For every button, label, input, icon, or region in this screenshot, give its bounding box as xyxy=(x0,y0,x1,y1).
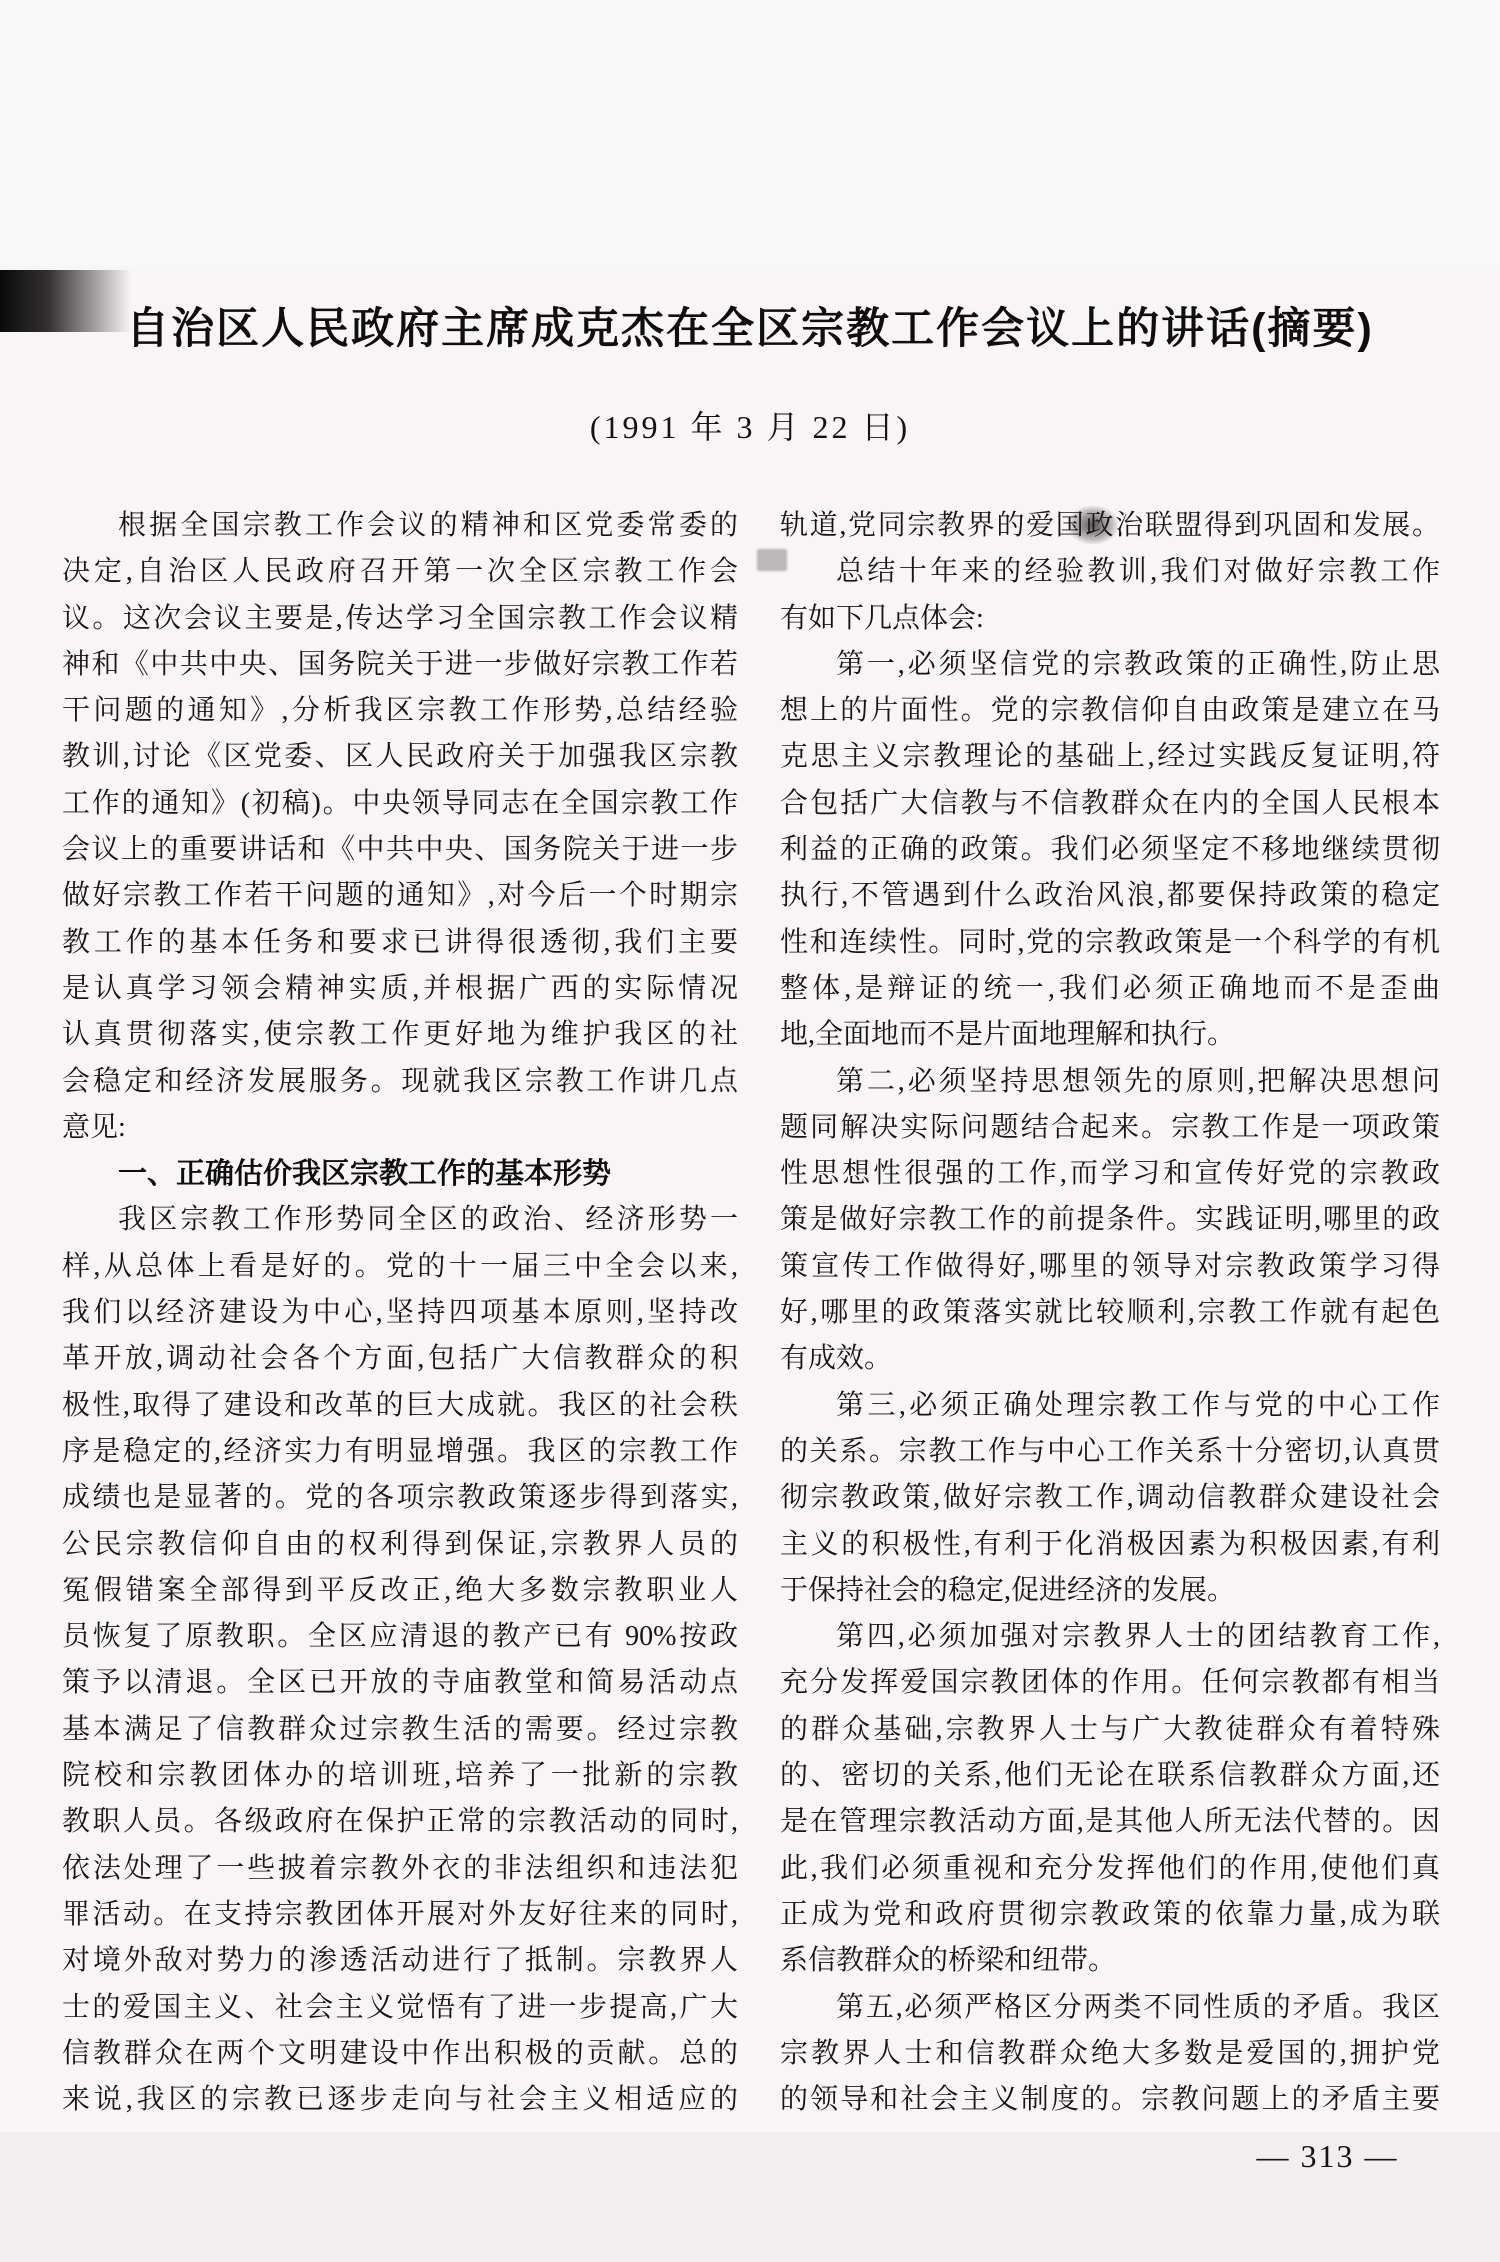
text-line: 士的爱国主义、社会主义觉悟有了进一步提高,广大 xyxy=(62,1985,738,2031)
text-line: 根据全国宗教工作会议的精神和区党委常委的 xyxy=(62,503,738,549)
text-line: 是在管理宗教活动方面,是其他人所无法代替的。因 xyxy=(780,1799,1440,1845)
text-line: 样,从总体上看是好的。党的十一届三中全会以来, xyxy=(62,1244,738,1290)
text-line: 策宣传工作做得好,哪里的领导对宗教政策学习得 xyxy=(780,1244,1440,1290)
text-line: 合包括广大信教与不信教群众在内的全国人民根本 xyxy=(780,781,1440,827)
text-line: 想上的片面性。党的宗教信仰自由政策是建立在马 xyxy=(780,688,1440,734)
right-text-column: 轨道,党同宗教界的爱国政治联盟得到巩固和发展。总结十年来的经验教训,我们对做好宗… xyxy=(780,503,1440,2123)
text-line: 正成为党和政府贯彻宗教政策的依靠力量,成为联 xyxy=(780,1892,1440,1938)
text-line: 第三,必须正确处理宗教工作与党的中心工作 xyxy=(780,1383,1440,1429)
document-date: (1991 年 3 月 22 日) xyxy=(0,402,1500,448)
text-line: 序是稳定的,经济实力有明显增强。我区的宗教工作 xyxy=(62,1429,738,1475)
text-line: 此,我们必须重视和充分发挥他们的作用,使他们真 xyxy=(780,1846,1440,1892)
text-line: 冤假错案全部得到平反改正,绝大多数宗教职业人 xyxy=(62,1568,738,1614)
text-line: 第五,必须严格区分两类不同性质的矛盾。我区 xyxy=(780,1985,1440,2031)
text-line: 策是做好宗教工作的前提条件。实践证明,哪里的政 xyxy=(780,1197,1440,1243)
text-line: 的领导和社会主义制度的。宗教问题上的矛盾主要 xyxy=(780,2077,1440,2123)
text-line: 主义的积极性,有利于化消极因素为积极因素,有利 xyxy=(780,1522,1440,1568)
text-line: 利益的正确的政策。我们必须坚定不移地继续贯彻 xyxy=(780,827,1440,873)
text-line: 员恢复了原教职。全区应清退的教产已有 90%按政 xyxy=(62,1614,738,1660)
document-title: 自治区人民政府主席成克杰在全区宗教工作会议上的讲话(摘要) xyxy=(60,301,1440,357)
text-line: 有成效。 xyxy=(780,1336,1440,1382)
text-line: 宗教界人士和信教群众绝大多数是爱国的,拥护党 xyxy=(780,2031,1440,2077)
text-line: 院校和宗教团体办的培训班,培养了一批新的宗教 xyxy=(62,1753,738,1799)
text-line: 策予以清退。全区已开放的寺庙教堂和简易活动点 xyxy=(62,1660,738,1706)
text-line: 克思主义宗教理论的基础上,经过实践反复证明,符 xyxy=(780,734,1440,780)
scan-smudge-artifact xyxy=(757,549,787,571)
text-line: 工作的通知》(初稿)。中央领导同志在全国宗教工作 xyxy=(62,781,738,827)
text-line: 神和《中共中央、国务院关于进一步做好宗教工作若 xyxy=(62,642,738,688)
text-line: 的群众基础,宗教界人士与广大教徒群众有着特殊 xyxy=(780,1707,1440,1753)
text-line: 彻宗教政策,做好宗教工作,调动信教群众建设社会 xyxy=(780,1475,1440,1521)
text-line: 的、密切的关系,他们无论在联系信教群众方面,还 xyxy=(780,1753,1440,1799)
text-line: 执行,不管遇到什么政治风浪,都要保持政策的稳定 xyxy=(780,873,1440,919)
text-line: 罪活动。在支持宗教团体开展对外友好往来的同时, xyxy=(62,1892,738,1938)
text-line: 第四,必须加强对宗教界人士的团结教育工作, xyxy=(780,1614,1440,1660)
text-line: 公民宗教信仰自由的权利得到保证,宗教界人员的 xyxy=(62,1522,738,1568)
left-text-column: 根据全国宗教工作会议的精神和区党委常委的决定,自治区人民政府召开第一次全区宗教工… xyxy=(62,503,738,2123)
text-line: 依法处理了一些披着宗教外衣的非法组织和违法犯 xyxy=(62,1846,738,1892)
text-line: 决定,自治区人民政府召开第一次全区宗教工作会 xyxy=(62,549,738,595)
text-line: 会议上的重要讲话和《中共中央、国务院关于进一步 xyxy=(62,827,738,873)
section-heading: 一、正确估价我区宗教工作的基本形势 xyxy=(62,1151,738,1197)
text-line: 地,全面地而不是片面地理解和执行。 xyxy=(780,1012,1440,1058)
page-number: — 313 — xyxy=(1240,2138,1415,2175)
text-line: 充分发挥爱国宗教团体的作用。任何宗教都有相当 xyxy=(780,1660,1440,1706)
text-line: 好,哪里的政策落实就比较顺利,宗教工作就有起色 xyxy=(780,1290,1440,1336)
text-line: 教职人员。各级政府在保护正常的宗教活动的同时, xyxy=(62,1799,738,1845)
text-line: 的关系。宗教工作与中心工作关系十分密切,认真贯 xyxy=(780,1429,1440,1475)
scanned-document-page: 自治区人民政府主席成克杰在全区宗教工作会议上的讲话(摘要) (1991 年 3 … xyxy=(0,0,1500,2262)
text-line: 系信教群众的桥梁和纽带。 xyxy=(780,1938,1440,1984)
text-line: 来说,我区的宗教已逐步走向与社会主义相适应的 xyxy=(62,2077,738,2123)
text-line: 基本满足了信教群众过宗教生活的需要。经过宗教 xyxy=(62,1707,738,1753)
text-line: 信教群众在两个文明建设中作出积极的贡献。总的 xyxy=(62,2031,738,2077)
text-line: 成绩也是显著的。党的各项宗教政策逐步得到落实, xyxy=(62,1475,738,1521)
text-line: 意见: xyxy=(62,1105,738,1151)
text-line: 做好宗教工作若干问题的通知》,对今后一个时期宗 xyxy=(62,873,738,919)
text-line: 议。这次会议主要是,传达学习全国宗教工作会议精 xyxy=(62,596,738,642)
text-line: 第二,必须坚持思想领先的原则,把解决思想问 xyxy=(780,1059,1440,1105)
text-line: 第一,必须坚信党的宗教政策的正确性,防止思 xyxy=(780,642,1440,688)
text-line: 我们以经济建设为中心,坚持四项基本原则,坚持改 xyxy=(62,1290,738,1336)
ink-smudge-artifact xyxy=(1068,506,1118,544)
text-line: 是认真学习领会精神实质,并根据广西的实际情况 xyxy=(62,966,738,1012)
text-line: 有如下几点体会: xyxy=(780,596,1440,642)
text-line: 干问题的通知》,分析我区宗教工作形势,总结经验 xyxy=(62,688,738,734)
scan-top-band xyxy=(0,0,1500,265)
text-line: 题同解决实际问题结合起来。宗教工作是一项政策 xyxy=(780,1105,1440,1151)
text-line: 认真贯彻落实,使宗教工作更好地为维护我区的社 xyxy=(62,1012,738,1058)
text-line: 教工作的基本任务和要求已讲得很透彻,我们主要 xyxy=(62,920,738,966)
text-line: 于保持社会的稳定,促进经济的发展。 xyxy=(780,1568,1440,1614)
text-line: 性和连续性。同时,党的宗教政策是一个科学的有机 xyxy=(780,920,1440,966)
text-line: 我区宗教工作形势同全区的政治、经济形势一 xyxy=(62,1197,738,1243)
text-line: 性思想性很强的工作,而学习和宣传好党的宗教政 xyxy=(780,1151,1440,1197)
text-line: 对境外敌对势力的渗透活动进行了抵制。宗教界人 xyxy=(62,1938,738,1984)
text-line: 会稳定和经济发展服务。现就我区宗教工作讲几点 xyxy=(62,1059,738,1105)
text-line: 革开放,调动社会各个方面,包括广大信教群众的积 xyxy=(62,1336,738,1382)
text-line: 教训,讨论《区党委、区人民政府关于加强我区宗教 xyxy=(62,734,738,780)
text-line: 极性,取得了建设和改革的巨大成就。我区的社会秩 xyxy=(62,1383,738,1429)
text-line: 总结十年来的经验教训,我们对做好宗教工作 xyxy=(780,549,1440,595)
text-line: 整体,是辩证的统一,我们必须正确地而不是歪曲 xyxy=(780,966,1440,1012)
